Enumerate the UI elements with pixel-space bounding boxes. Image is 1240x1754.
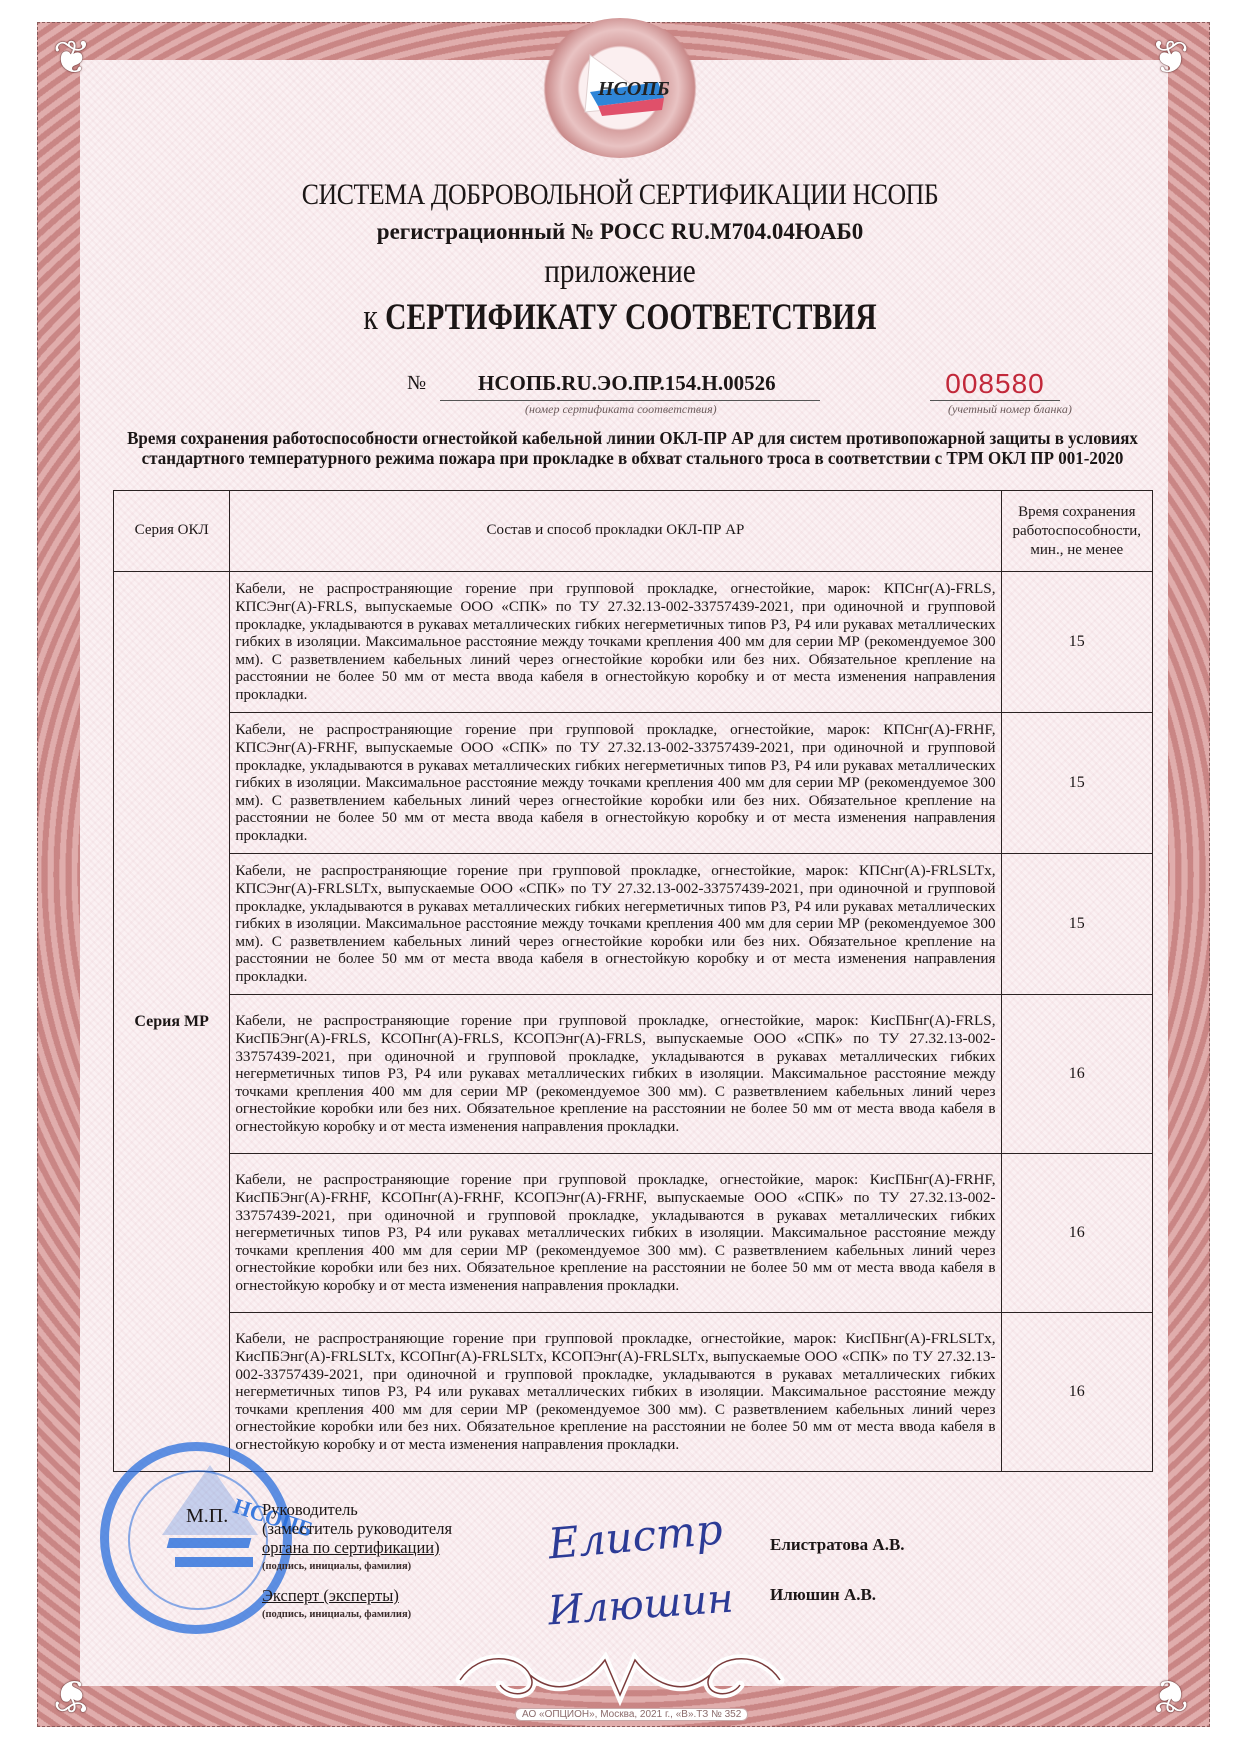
results-table: Серия ОКЛ Состав и способ прокладки ОКЛ-… <box>113 490 1153 1472</box>
row-time: 16 <box>1001 995 1152 1154</box>
certificate-title: к СЕРТИФИКАТУ СООТВЕТСТВИЯ <box>124 296 1116 339</box>
logo-text: НСОПБ <box>598 78 670 101</box>
corner-ornament-icon: ❦ <box>1140 28 1200 88</box>
row-time: 15 <box>1001 854 1152 995</box>
expert-label: Эксперт (эксперты) <box>262 1586 452 1605</box>
row-description: Кабели, не распространяющие горение при … <box>230 995 1001 1154</box>
row-time: 15 <box>1001 713 1152 854</box>
head-label-2: (заместитель руководителя <box>262 1519 452 1538</box>
appendix-prefix: к <box>363 297 377 338</box>
table-row: Кабели, не распространяющие горение при … <box>114 713 1153 854</box>
row-description: Кабели, не распространяющие горение при … <box>230 713 1001 854</box>
header-series: Серия ОКЛ <box>114 491 230 572</box>
corner-ornament-icon: ❦ <box>42 28 102 88</box>
row-description: Кабели, не распространяющие горение при … <box>230 854 1001 995</box>
certificate-number-caption: (номер сертификата соответствия) <box>525 402 717 417</box>
corner-ornament-icon: ❦ <box>1140 1665 1200 1725</box>
bottom-ornament-icon <box>440 1640 800 1710</box>
printer-imprint: АО «ОПЦИОН», Москва, 2021 г., «В».ТЗ № 3… <box>515 1708 748 1721</box>
expert-caption: (подпись, инициалы, фамилия) <box>262 1605 452 1624</box>
header-description: Состав и способ прокладки ОКЛ-ПР АР <box>230 491 1001 572</box>
row-description: Кабели, не распространяющие горение при … <box>230 1154 1001 1313</box>
row-description: Кабели, не распространяющие горение при … <box>230 1313 1001 1472</box>
series-cell: Серия МР <box>114 572 230 1472</box>
system-title: СИСТЕМА ДОБРОВОЛЬНОЙ СЕРТИФИКАЦИИ НСОПБ <box>87 178 1153 212</box>
head-caption: (подпись, инициалы, фамилия) <box>262 1557 452 1576</box>
table-header-row: Серия ОКЛ Состав и способ прокладки ОКЛ-… <box>114 491 1153 572</box>
table-row: Кабели, не распространяющие горение при … <box>114 854 1153 995</box>
table-row: Кабели, не распространяющие горение при … <box>114 1313 1153 1472</box>
row-time: 15 <box>1001 572 1152 713</box>
certificate-number: НСОПБ.RU.ЭО.ПР.154.Н.00526 <box>440 371 820 401</box>
corner-ornament-icon: ❦ <box>42 1665 102 1725</box>
signature-labels: Руководитель (заместитель руководителя о… <box>262 1500 452 1624</box>
row-description: Кабели, не распространяющие горение при … <box>230 572 1001 713</box>
table-row: Кабели, не распространяющие горение при … <box>114 1154 1153 1313</box>
number-sign: № <box>407 372 426 395</box>
seal-bar <box>167 1538 252 1548</box>
expert-name: Илюшин А.В. <box>770 1585 876 1605</box>
registration-number: регистрационный № РОСС RU.М704.04ЮАБ0 <box>0 219 1240 245</box>
blank-number: 008580 <box>930 368 1060 401</box>
stamp-place-label: М.П. <box>186 1505 228 1528</box>
header-time: Время сохранения работоспособности, мин.… <box>1001 491 1152 572</box>
table-row: Кабели, не распространяющие горение при … <box>114 995 1153 1154</box>
head-label-3: органа по сертификации) <box>262 1538 452 1557</box>
row-time: 16 <box>1001 1313 1152 1472</box>
head-name: Елистратова А.В. <box>770 1535 905 1555</box>
table-row: Серия МР Кабели, не распространяющие гор… <box>114 572 1153 713</box>
blank-number-caption: (учетный номер бланка) <box>948 402 1072 417</box>
seal-bar <box>175 1557 253 1567</box>
row-time: 16 <box>1001 1154 1152 1313</box>
table-subtitle: Время сохранения работоспособности огнес… <box>126 428 1140 468</box>
certificate-title-text: СЕРТИФИКАТУ СООТВЕТСТВИЯ <box>385 297 877 338</box>
appendix-word: приложение <box>87 253 1153 291</box>
head-label-1: Руководитель <box>262 1500 452 1519</box>
